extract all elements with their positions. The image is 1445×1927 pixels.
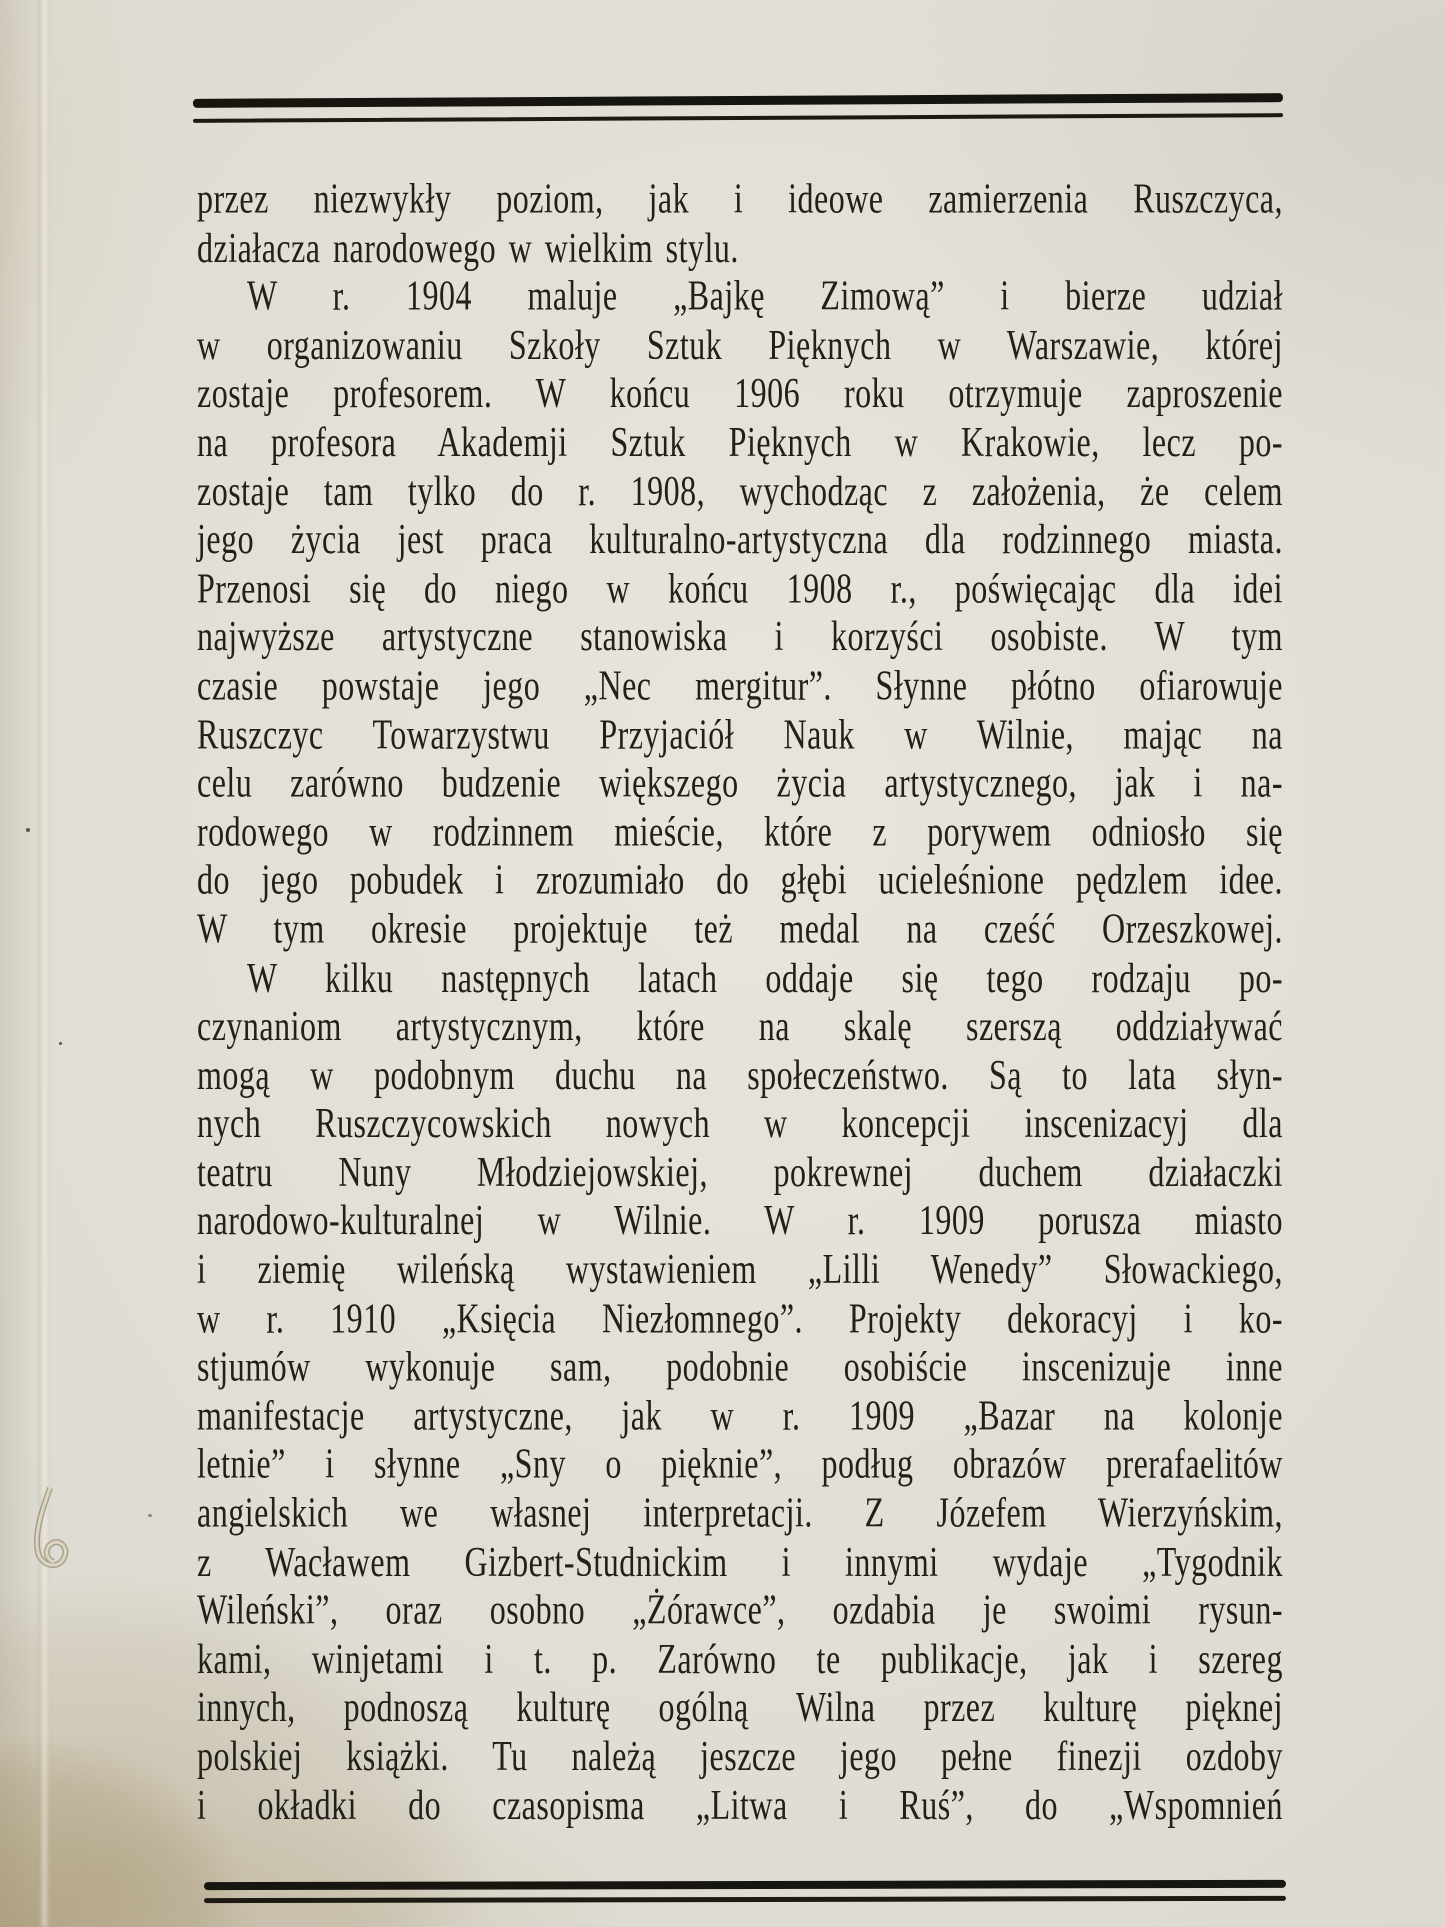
text-line: do jego pobudek i zrozumiało do głębi uc… — [197, 855, 1283, 904]
paper-speck — [26, 828, 30, 832]
text-line: działacza narodowego w wielkim stylu. — [197, 223, 1283, 272]
text-line: mogą w podobnym duchu na społeczeństwo. … — [197, 1050, 1283, 1099]
paper-speck — [148, 1514, 152, 1517]
text-block: przez niezwykły poziom, jak i ideowe zam… — [197, 174, 1283, 1829]
text-line: jego życia jest praca kulturalno-artysty… — [197, 515, 1283, 564]
top-rule-thin-line — [193, 113, 1283, 123]
bottom-rule-thick-line — [204, 1880, 1286, 1890]
text-line: W tym okresie projektuje też medal na cz… — [197, 904, 1283, 953]
page-fold-crease — [38, 0, 50, 1927]
text-line: na profesora Akademji Sztuk Pięknych w K… — [197, 417, 1283, 466]
text-line: polskiej książki. Tu należą jeszcze jego… — [197, 1731, 1283, 1780]
text-line: rodowego w rodzinnem mieście, które z po… — [197, 807, 1283, 856]
text-line: teatru Nuny Młodziejowskiej, pokrewnej d… — [197, 1147, 1283, 1196]
text-line: czynaniom artystycznym, które na skalę s… — [197, 1001, 1283, 1050]
text-line: przez niezwykły poziom, jak i ideowe zam… — [197, 174, 1283, 223]
top-double-rule — [193, 93, 1283, 123]
text-line: Wileński”, oraz osobno „Żórawce”, ozdabi… — [197, 1585, 1283, 1634]
bottom-rule-thin-line — [204, 1896, 1286, 1903]
text-line: innych, podnoszą kulturę ogólną Wilna pr… — [197, 1683, 1283, 1732]
text-line: W kilku następnych latach oddaje się teg… — [197, 953, 1283, 1002]
text-line: celu zarówno budzenie większego życia ar… — [197, 758, 1283, 807]
bottom-double-rule — [204, 1880, 1286, 1903]
text-line: z Wacławem Gizbert-Studnickim i innymi w… — [197, 1537, 1283, 1586]
text-line: Ruszczyc Towarzystwu Przyjaciół Nauk w W… — [197, 709, 1283, 758]
text-line: manifestacje artystyczne, jak w r. 1909 … — [197, 1391, 1283, 1440]
text-line: Przenosi się do niego w końcu 1908 r., p… — [197, 563, 1283, 612]
text-line: narodowo-kulturalnej w Wilnie. W r. 1909… — [197, 1196, 1283, 1245]
binding-thread — [16, 1486, 86, 1586]
text-line: stjumów wykonuje sam, podobnie osobiście… — [197, 1342, 1283, 1391]
text-line: letnie” i słynne „Sny o pięknie”, podług… — [197, 1439, 1283, 1488]
top-rule-thick-line — [193, 93, 1283, 108]
text-line: najwyższe artystyczne stanowiska i korzy… — [197, 612, 1283, 661]
text-line: kami, winjetami i t. p. Zarówno te publi… — [197, 1634, 1283, 1683]
paper-speck — [59, 1042, 62, 1045]
text-line: W r. 1904 maluje „Bajkę Zimową” i bierze… — [197, 271, 1283, 320]
text-line: w r. 1910 „Księcia Niezłomnego”. Projekt… — [197, 1293, 1283, 1342]
text-line: nych Ruszczycowskich nowych w koncepcji … — [197, 1099, 1283, 1148]
text-line: czasie powstaje jego „Nec mergitur”. Sły… — [197, 661, 1283, 710]
text-line: i ziemię wileńską wystawieniem „Lilli We… — [197, 1245, 1283, 1294]
text-line: i okładki do czasopisma „Litwa i Ruś”, d… — [197, 1780, 1283, 1829]
book-page: przez niezwykły poziom, jak i ideowe zam… — [0, 0, 1445, 1927]
text-line: zostaje profesorem. W końcu 1906 roku ot… — [197, 369, 1283, 418]
text-line: zostaje tam tylko do r. 1908, wychodząc … — [197, 466, 1283, 515]
text-line: w organizowaniu Szkoły Sztuk Pięknych w … — [197, 320, 1283, 369]
text-line: angielskich we własnej interpretacji. Z … — [197, 1488, 1283, 1537]
